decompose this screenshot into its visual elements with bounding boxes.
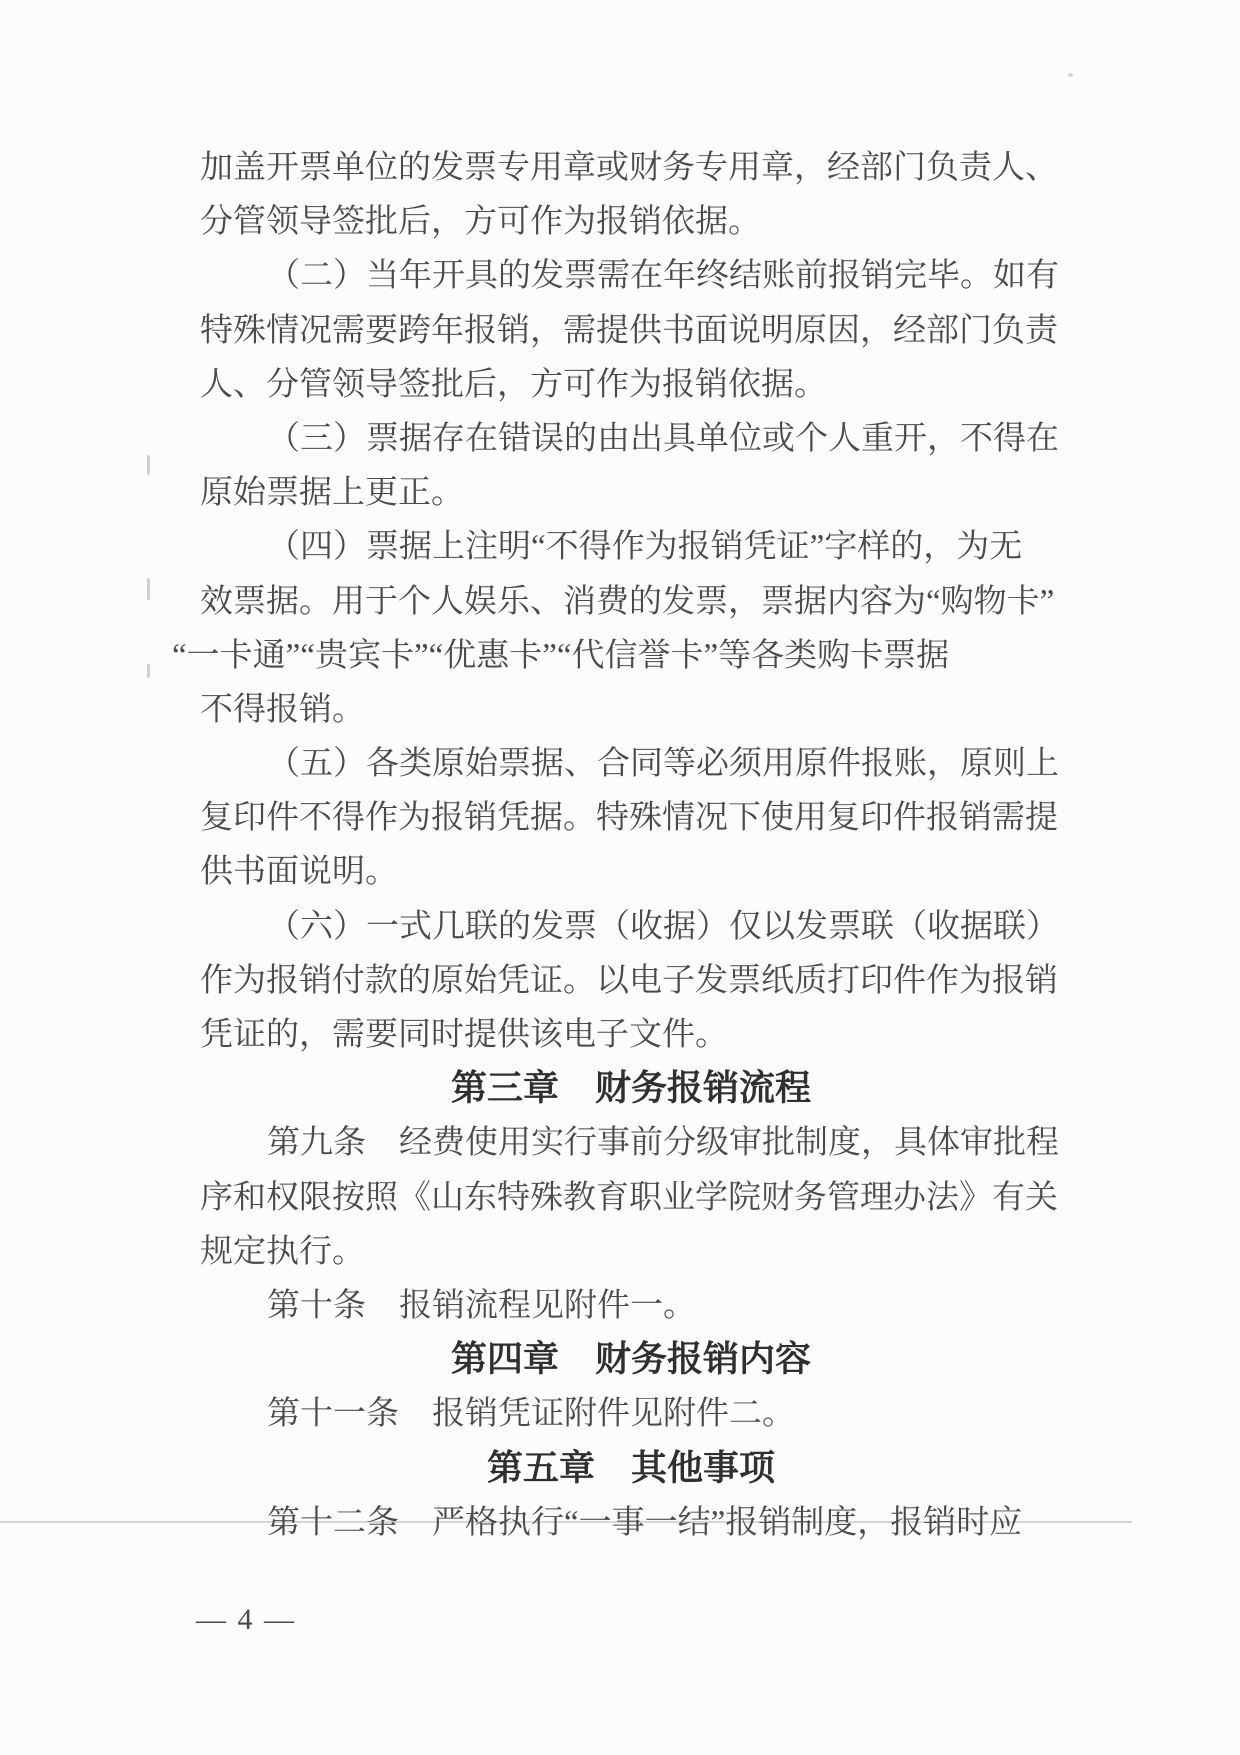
body-line: “一卡通”“贵宾卡”“优惠卡”“代信誉卡”等各类购卡票据 [172,629,1062,683]
body-line: 人、分管领导签批后，方可作为报销依据。 [200,358,1062,412]
body-line: （三）票据存在错误的由出具单位或个人重开，不得在 [200,412,1062,466]
body-line: 复印件不得作为报销凭据。特殊情况下使用复印件报销需提 [200,791,1062,845]
body-line: 分管领导签批后，方可作为报销依据。 [200,195,1062,249]
body-line: 凭证的，需要同时提供该电子文件。 [200,1008,1062,1062]
body-line: 不得报销。 [200,683,1062,737]
body-line: （五）各类原始票据、合同等必须用原件报账，原则上 [200,737,1062,791]
body-line: 第十一条 报销凭证附件见附件二。 [200,1387,1062,1441]
body-line: （二）当年开具的发票需在年终结账前报销完毕。如有 [200,249,1062,303]
body-line: （六）一式几联的发票（收据）仅以发票联（收据联） [200,900,1062,954]
body-line: 供书面说明。 [200,845,1062,899]
body-line: 原始票据上更正。 [200,466,1062,520]
body-line: 作为报销付款的原始凭证。以电子发票纸质打印件作为报销 [200,954,1062,1008]
body-line: 特殊情况需要跨年报销，需提供书面说明原因，经部门负责 [200,304,1062,358]
body-line: （四）票据上注明“不得作为报销凭证”字样的，为无 [200,520,1062,574]
page-number: — 4 — [196,1600,296,1640]
body-line: 效票据。用于个人娱乐、消费的发票，票据内容为“购物卡” [200,575,1062,629]
document-page: 加盖开票单位的发票专用章或财务专用章，经部门负责人、 分管领导签批后，方可作为报… [0,0,1240,1755]
body-line: 第九条 经费使用实行事前分级审批制度，具体审批程 [200,1116,1062,1170]
body-line: 加盖开票单位的发票专用章或财务专用章，经部门负责人、 [200,141,1062,195]
scan-artifact-streak [147,578,150,600]
body-line: 第十条 报销流程见附件一。 [200,1279,1062,1333]
chapter-heading: 第五章 其他事项 [200,1442,1062,1496]
scan-artifact-streak [147,664,150,678]
chapter-heading: 第三章 财务报销流程 [200,1062,1062,1116]
body-line: 规定执行。 [200,1225,1062,1279]
document-body: 加盖开票单位的发票专用章或财务专用章，经部门负责人、 分管领导签批后，方可作为报… [200,141,1062,1550]
body-line: 第十二条 严格执行“一事一结”报销制度，报销时应 [200,1496,1062,1550]
scan-artifact-streak [147,455,150,475]
body-line: 序和权限按照《山东特殊教育职业学院财务管理办法》有关 [200,1171,1062,1225]
chapter-heading: 第四章 财务报销内容 [200,1333,1062,1387]
scan-artifact-dot [1068,73,1073,77]
